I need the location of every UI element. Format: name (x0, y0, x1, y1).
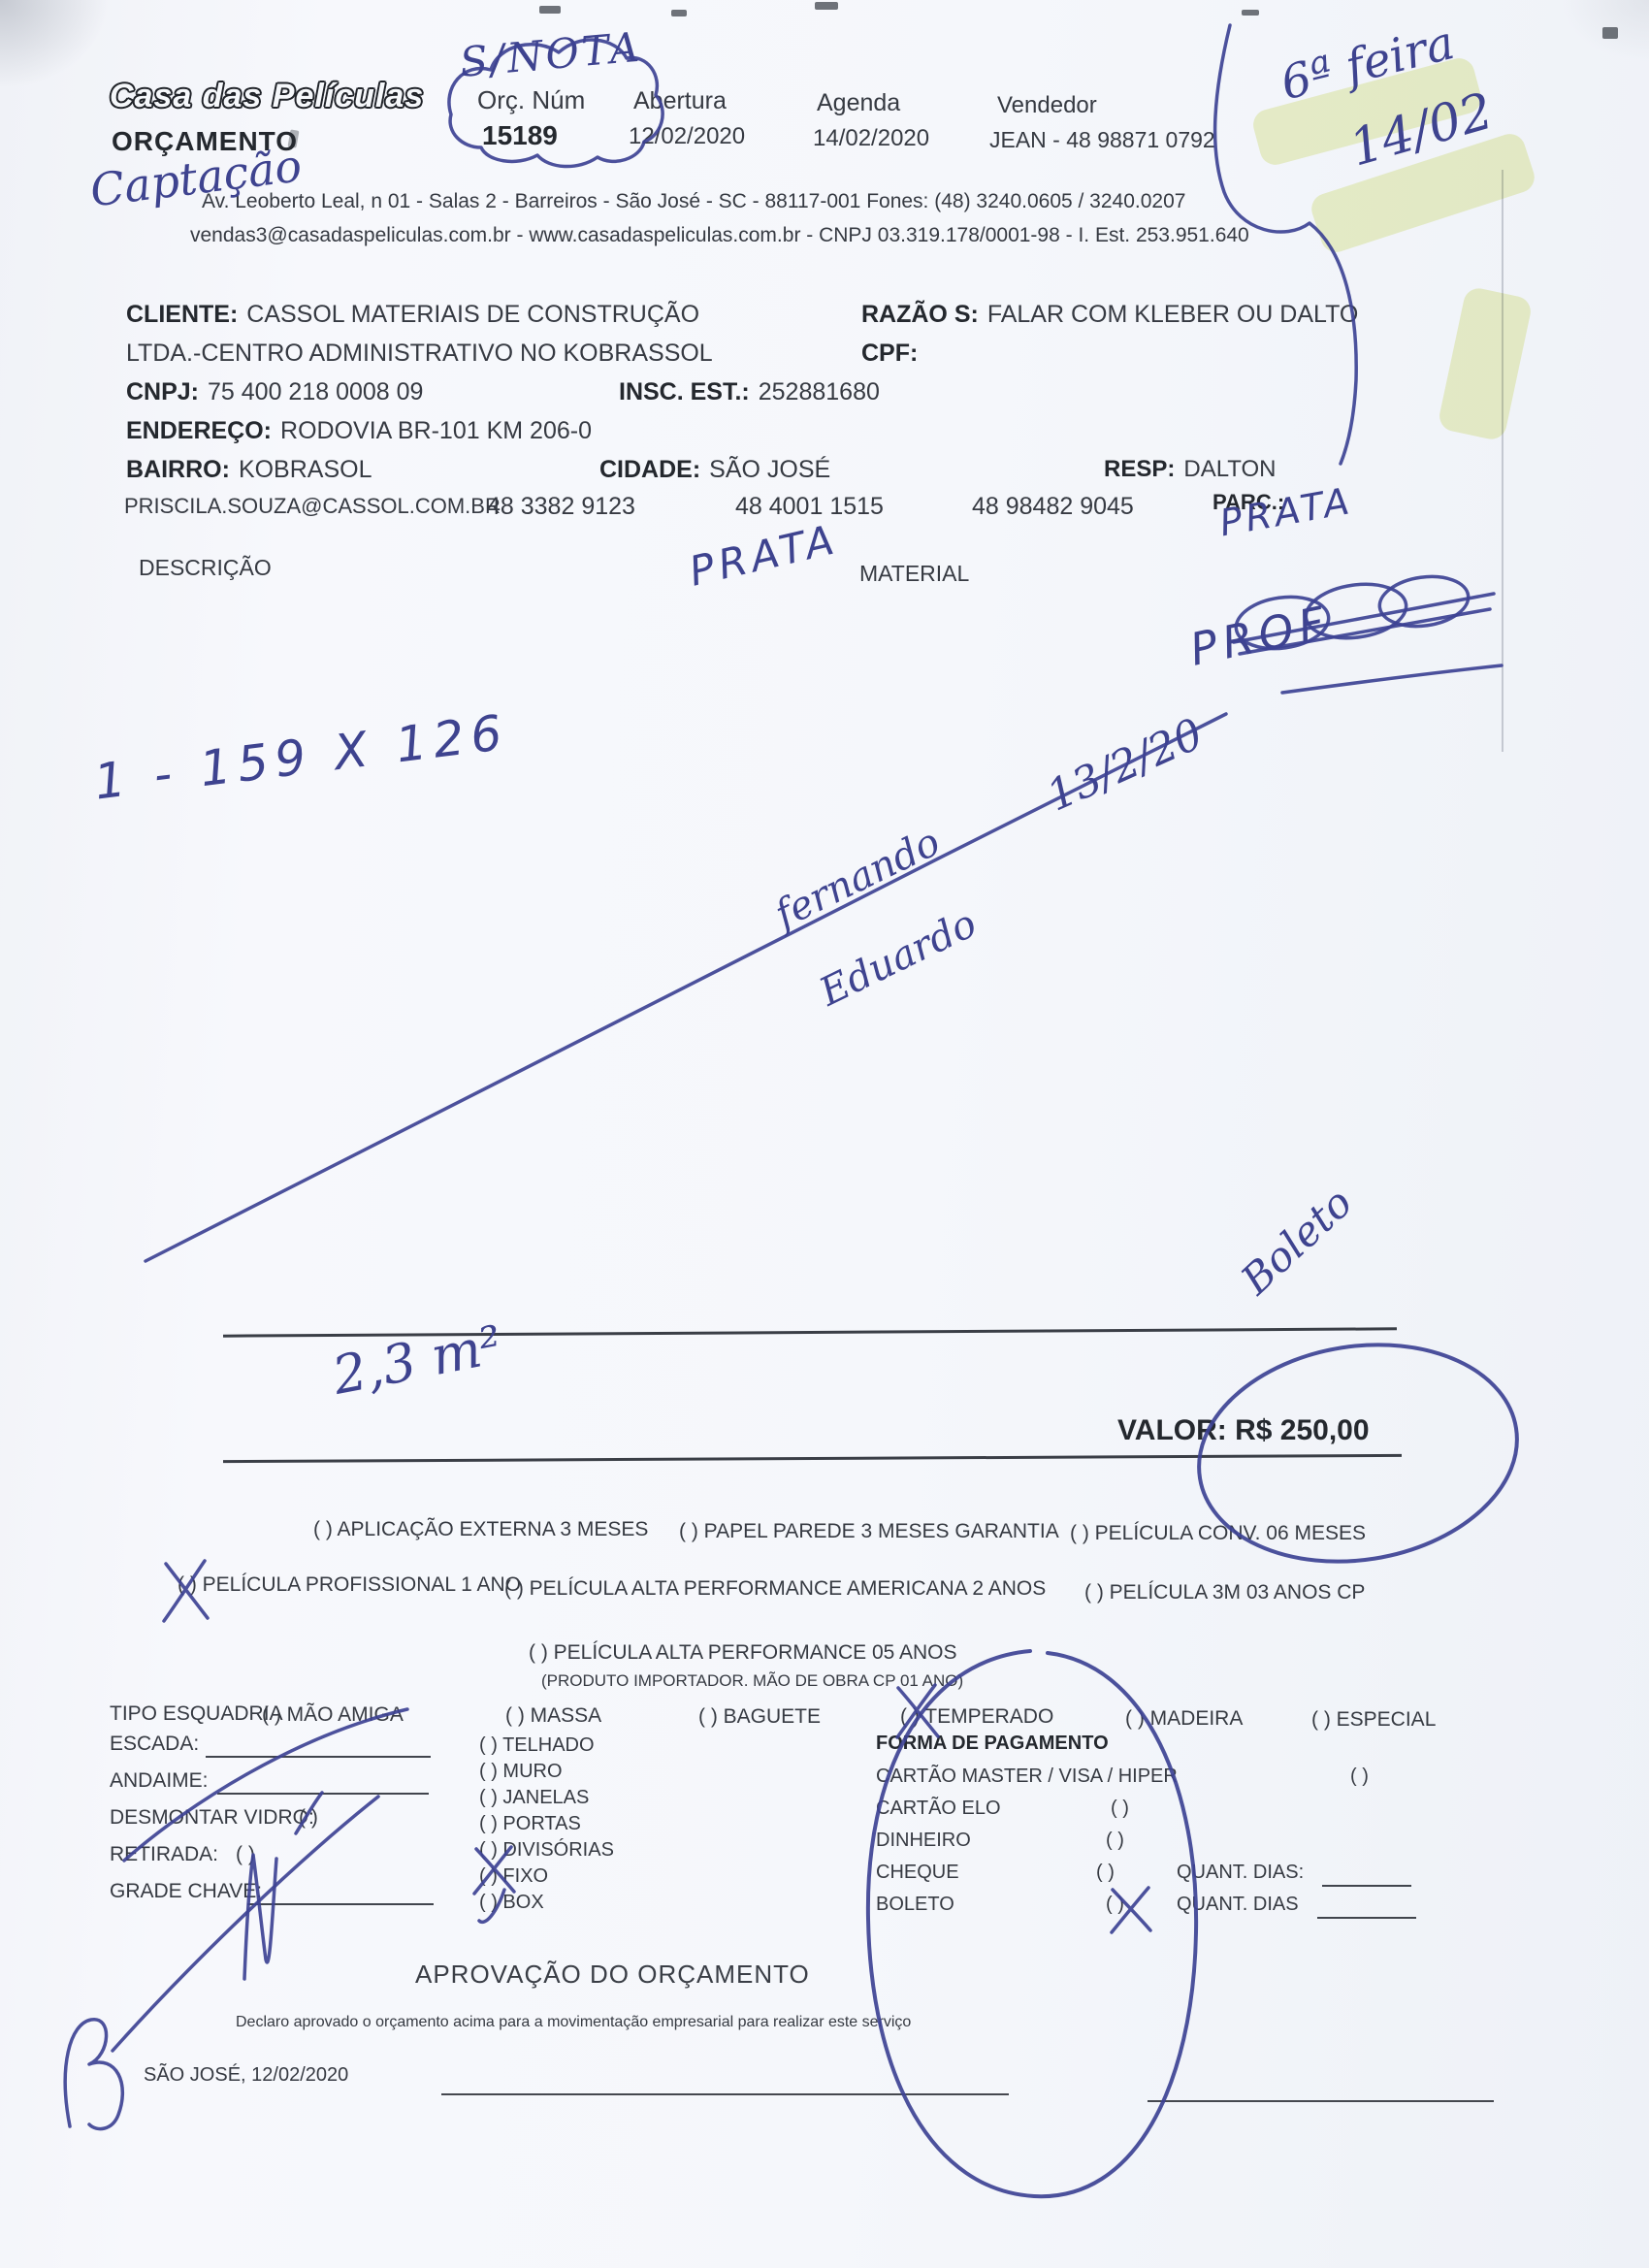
endereco-row: ENDEREÇO:RODOVIA BR-101 KM 206-0 (126, 417, 592, 445)
cidade-row: CIDADE:SÃO JOSÉ (599, 456, 830, 484)
cheque-quant-dias-blank (1322, 1862, 1411, 1887)
handwritten-area-m2: 2,3 m² (328, 1313, 507, 1406)
pen-stroke-left-column-2 (113, 1797, 378, 2051)
razao-row: RAZÃO S:FALAR COM KLEBER OU DALTO (861, 301, 1358, 329)
city-date: SÃO JOSÉ, 12/02/2020 (144, 2064, 348, 2087)
scan-artifact (1602, 27, 1618, 39)
insc-row: INSC. EST.:252881680 (619, 378, 880, 406)
cnpj-label: CNPJ: (126, 378, 199, 405)
option-papel-parede: ( ) PAPEL PAREDE 3 MESES GARANTIA (679, 1520, 1059, 1543)
option-muro: ( ) MURO (479, 1761, 563, 1783)
option-massa: ( ) MASSA (505, 1704, 601, 1728)
scan-artifact (539, 6, 561, 14)
cheque-quant-dias-label: QUANT. DIAS: (1177, 1862, 1304, 1884)
scanned-budget-form: Casa das Películas ORÇAMENTO Orç. Núm 15… (0, 0, 1649, 2268)
grade-chave-label: GRADE CHAVE: (110, 1880, 262, 1903)
abertura-label: Abertura (633, 87, 727, 115)
vendedor-label: Vendedor (997, 92, 1097, 119)
company-address-line2: vendas3@casadaspeliculas.com.br - www.ca… (190, 224, 1249, 247)
option-pelicula-05anos: ( ) PELÍCULA ALTA PERFORMANCE 05 ANOS (529, 1641, 957, 1665)
signature-line-right (1148, 2100, 1494, 2102)
option-janelas: ( ) JANELAS (479, 1787, 589, 1809)
approval-title: APROVAÇÃO DO ORÇAMENTO (415, 1960, 810, 1990)
payment-boleto: BOLETO (876, 1894, 954, 1916)
company-logo: Casa das Películas (110, 78, 424, 115)
option-madeira: ( ) MADEIRA (1125, 1707, 1243, 1731)
client-phone-1: 48 3382 9123 (487, 493, 635, 521)
resp-value: DALTON (1183, 456, 1276, 482)
payment-dinheiro: DINHEIRO (876, 1830, 971, 1852)
option-telhado: ( ) TELHADO (479, 1734, 595, 1757)
client-phone-2: 48 4001 1515 (735, 493, 884, 521)
payment-cartao-master-checkbox: ( ) (1350, 1766, 1369, 1788)
endereco-value: RODOVIA BR-101 KM 206-0 (280, 417, 592, 444)
option-pelicula-profissional: ( ) PELÍCULA PROFISSIONAL 1 ANO (178, 1573, 521, 1597)
boleto-quant-dias-blank (1317, 1894, 1416, 1919)
payment-dinheiro-checkbox: ( ) (1106, 1830, 1124, 1852)
payment-cartao-elo-checkbox: ( ) (1111, 1798, 1129, 1820)
client-email: PRISCILA.SOUZA@CASSOL.COM.BR (124, 494, 501, 519)
pen-scribble-strikeout (1376, 571, 1471, 632)
cliente-row: CLIENTE:CASSOL MATERIAIS DE CONSTRUÇÃO (126, 301, 699, 329)
retirada-label: RETIRADA: (110, 1843, 218, 1866)
cidade-value: SÃO JOSÉ (709, 456, 830, 483)
pen-initials-bottom-left (65, 2020, 122, 2129)
abertura-value: 12/02/2020 (629, 123, 745, 150)
option-box: ( ) BOX (479, 1892, 544, 1914)
agenda-label: Agenda (817, 89, 900, 117)
handwritten-signature-date: 13/2/20 (1040, 709, 1211, 822)
payment-boleto-checkbox: ( ) (1106, 1894, 1124, 1916)
option-pelicula-americana: ( ) PELÍCULA ALTA PERFORMANCE AMERICANA … (504, 1577, 1046, 1601)
material-header: MATERIAL (859, 561, 969, 587)
option-baguete: ( ) BAGUETE (698, 1705, 821, 1729)
cliente-value: CASSOL MATERIAIS DE CONSTRUÇÃO (246, 301, 699, 328)
payment-cheque-checkbox: ( ) (1096, 1862, 1115, 1884)
handwritten-signature-second-name: Eduardo (813, 901, 984, 1015)
bairro-value: KOBRASOL (239, 456, 372, 483)
company-address-line1: Av. Leoberto Leal, n 01 - Salas 2 - Barr… (202, 190, 1185, 213)
option-pelicula-3m: ( ) PELÍCULA 3M 03 ANOS CP (1084, 1581, 1365, 1604)
payment-title: FORMA DE PAGAMENTO (876, 1733, 1109, 1755)
handwritten-boleto-note: Boleto (1232, 1179, 1361, 1304)
highlighter-mark (1437, 285, 1534, 441)
resp-row: RESP:DALTON (1104, 456, 1277, 483)
cliente-line2: LTDA.-CENTRO ADMINISTRATIVO NO KOBRASSOL (126, 340, 713, 368)
payment-cartao-elo: CARTÃO ELO (876, 1798, 1001, 1820)
scan-artifact (1242, 10, 1259, 16)
cpf-label: CPF: (861, 340, 918, 368)
pen-prof-underline (1282, 665, 1502, 693)
andaime-label: ANDAIME: (110, 1769, 209, 1793)
scan-artifact (671, 10, 687, 16)
orc-num-value: 15189 (482, 120, 558, 151)
andaime-blank-line (217, 1769, 429, 1795)
handwritten-signature-first-name: fernando (768, 820, 947, 937)
valor-row: VALOR: R$ 250,00 (1117, 1414, 1370, 1447)
total-rule-bottom (223, 1454, 1402, 1463)
option-portas: ( ) PORTAS (479, 1813, 581, 1835)
cliente-label: CLIENTE: (126, 301, 238, 328)
option-especial: ( ) ESPECIAL (1311, 1708, 1436, 1732)
vendedor-value: JEAN - 48 98871 0792 (989, 127, 1215, 153)
approval-declaration: Declaro aprovado o orçamento acima para … (236, 2014, 911, 2031)
razao-value: FALAR COM KLEBER OU DALTO (987, 301, 1359, 328)
endereco-label: ENDEREÇO: (126, 417, 272, 444)
option-temperado: ( ) TEMPERADO (900, 1705, 1053, 1729)
escada-blank-line (206, 1733, 431, 1758)
boleto-quant-dias-label: QUANT. DIAS (1177, 1894, 1299, 1916)
valor-value: R$ 250,00 (1235, 1414, 1369, 1446)
option-divisorias: ( ) DIVISÓRIAS (479, 1839, 614, 1862)
cnpj-row: CNPJ:75 400 218 0008 09 (126, 378, 423, 406)
option-aplicacao-externa: ( ) APLICAÇÃO EXTERNA 3 MESES (313, 1518, 648, 1541)
bairro-row: BAIRRO:KOBRASOL (126, 456, 372, 484)
option-fixo: ( ) FIXO (479, 1865, 548, 1888)
insc-label: INSC. EST.: (619, 378, 750, 405)
bairro-label: BAIRRO: (126, 456, 230, 483)
pen-mark-retirada (244, 1855, 276, 1979)
esquadria-label: TIPO ESQUADRIA (110, 1702, 283, 1726)
option-pelicula-05anos-note: (PRODUTO IMPORTADOR. MÃO DE OBRA CP 01 A… (541, 1671, 963, 1691)
resp-label: RESP: (1104, 456, 1175, 482)
retirada-checkbox: ( ) (236, 1843, 255, 1866)
scan-artifact (815, 2, 838, 10)
valor-label: VALOR: (1117, 1414, 1227, 1446)
payment-cartao-master: CARTÃO MASTER / VISA / HIPER (876, 1766, 1178, 1788)
cnpj-value: 75 400 218 0008 09 (208, 378, 423, 405)
descricao-header: DESCRIÇÃO (139, 555, 272, 581)
handwritten-item-dimensions: 1 - 159 X 126 (91, 704, 511, 811)
grade-chave-blank-line (247, 1880, 434, 1905)
cidade-label: CIDADE: (599, 456, 700, 483)
signature-line-left (441, 2093, 1009, 2095)
handwritten-nota-annotation: S/NOTA (458, 23, 644, 86)
orc-num-label: Orç. Núm (477, 85, 585, 115)
paper-crease (1502, 170, 1503, 752)
option-mao-amiga: ( ) MÃO AMIGA (262, 1703, 404, 1727)
insc-value: 252881680 (759, 378, 880, 405)
handwritten-prof: PROF (1185, 596, 1335, 676)
client-phone-3: 48 98482 9045 (972, 493, 1134, 521)
handwritten-prata-left: PRATA (685, 515, 843, 596)
option-pelicula-conv: ( ) PELÍCULA CONV. 06 MESES (1070, 1522, 1366, 1545)
payment-cheque: CHEQUE (876, 1862, 959, 1884)
escada-label: ESCADA: (110, 1733, 199, 1756)
agenda-value: 14/02/2020 (813, 125, 929, 152)
razao-label: RAZÃO S: (861, 301, 979, 328)
desmontar-vidro-label: DESMONTAR VIDRO: (110, 1806, 314, 1830)
desmontar-vidro-checkbox: ( ) (299, 1806, 318, 1830)
